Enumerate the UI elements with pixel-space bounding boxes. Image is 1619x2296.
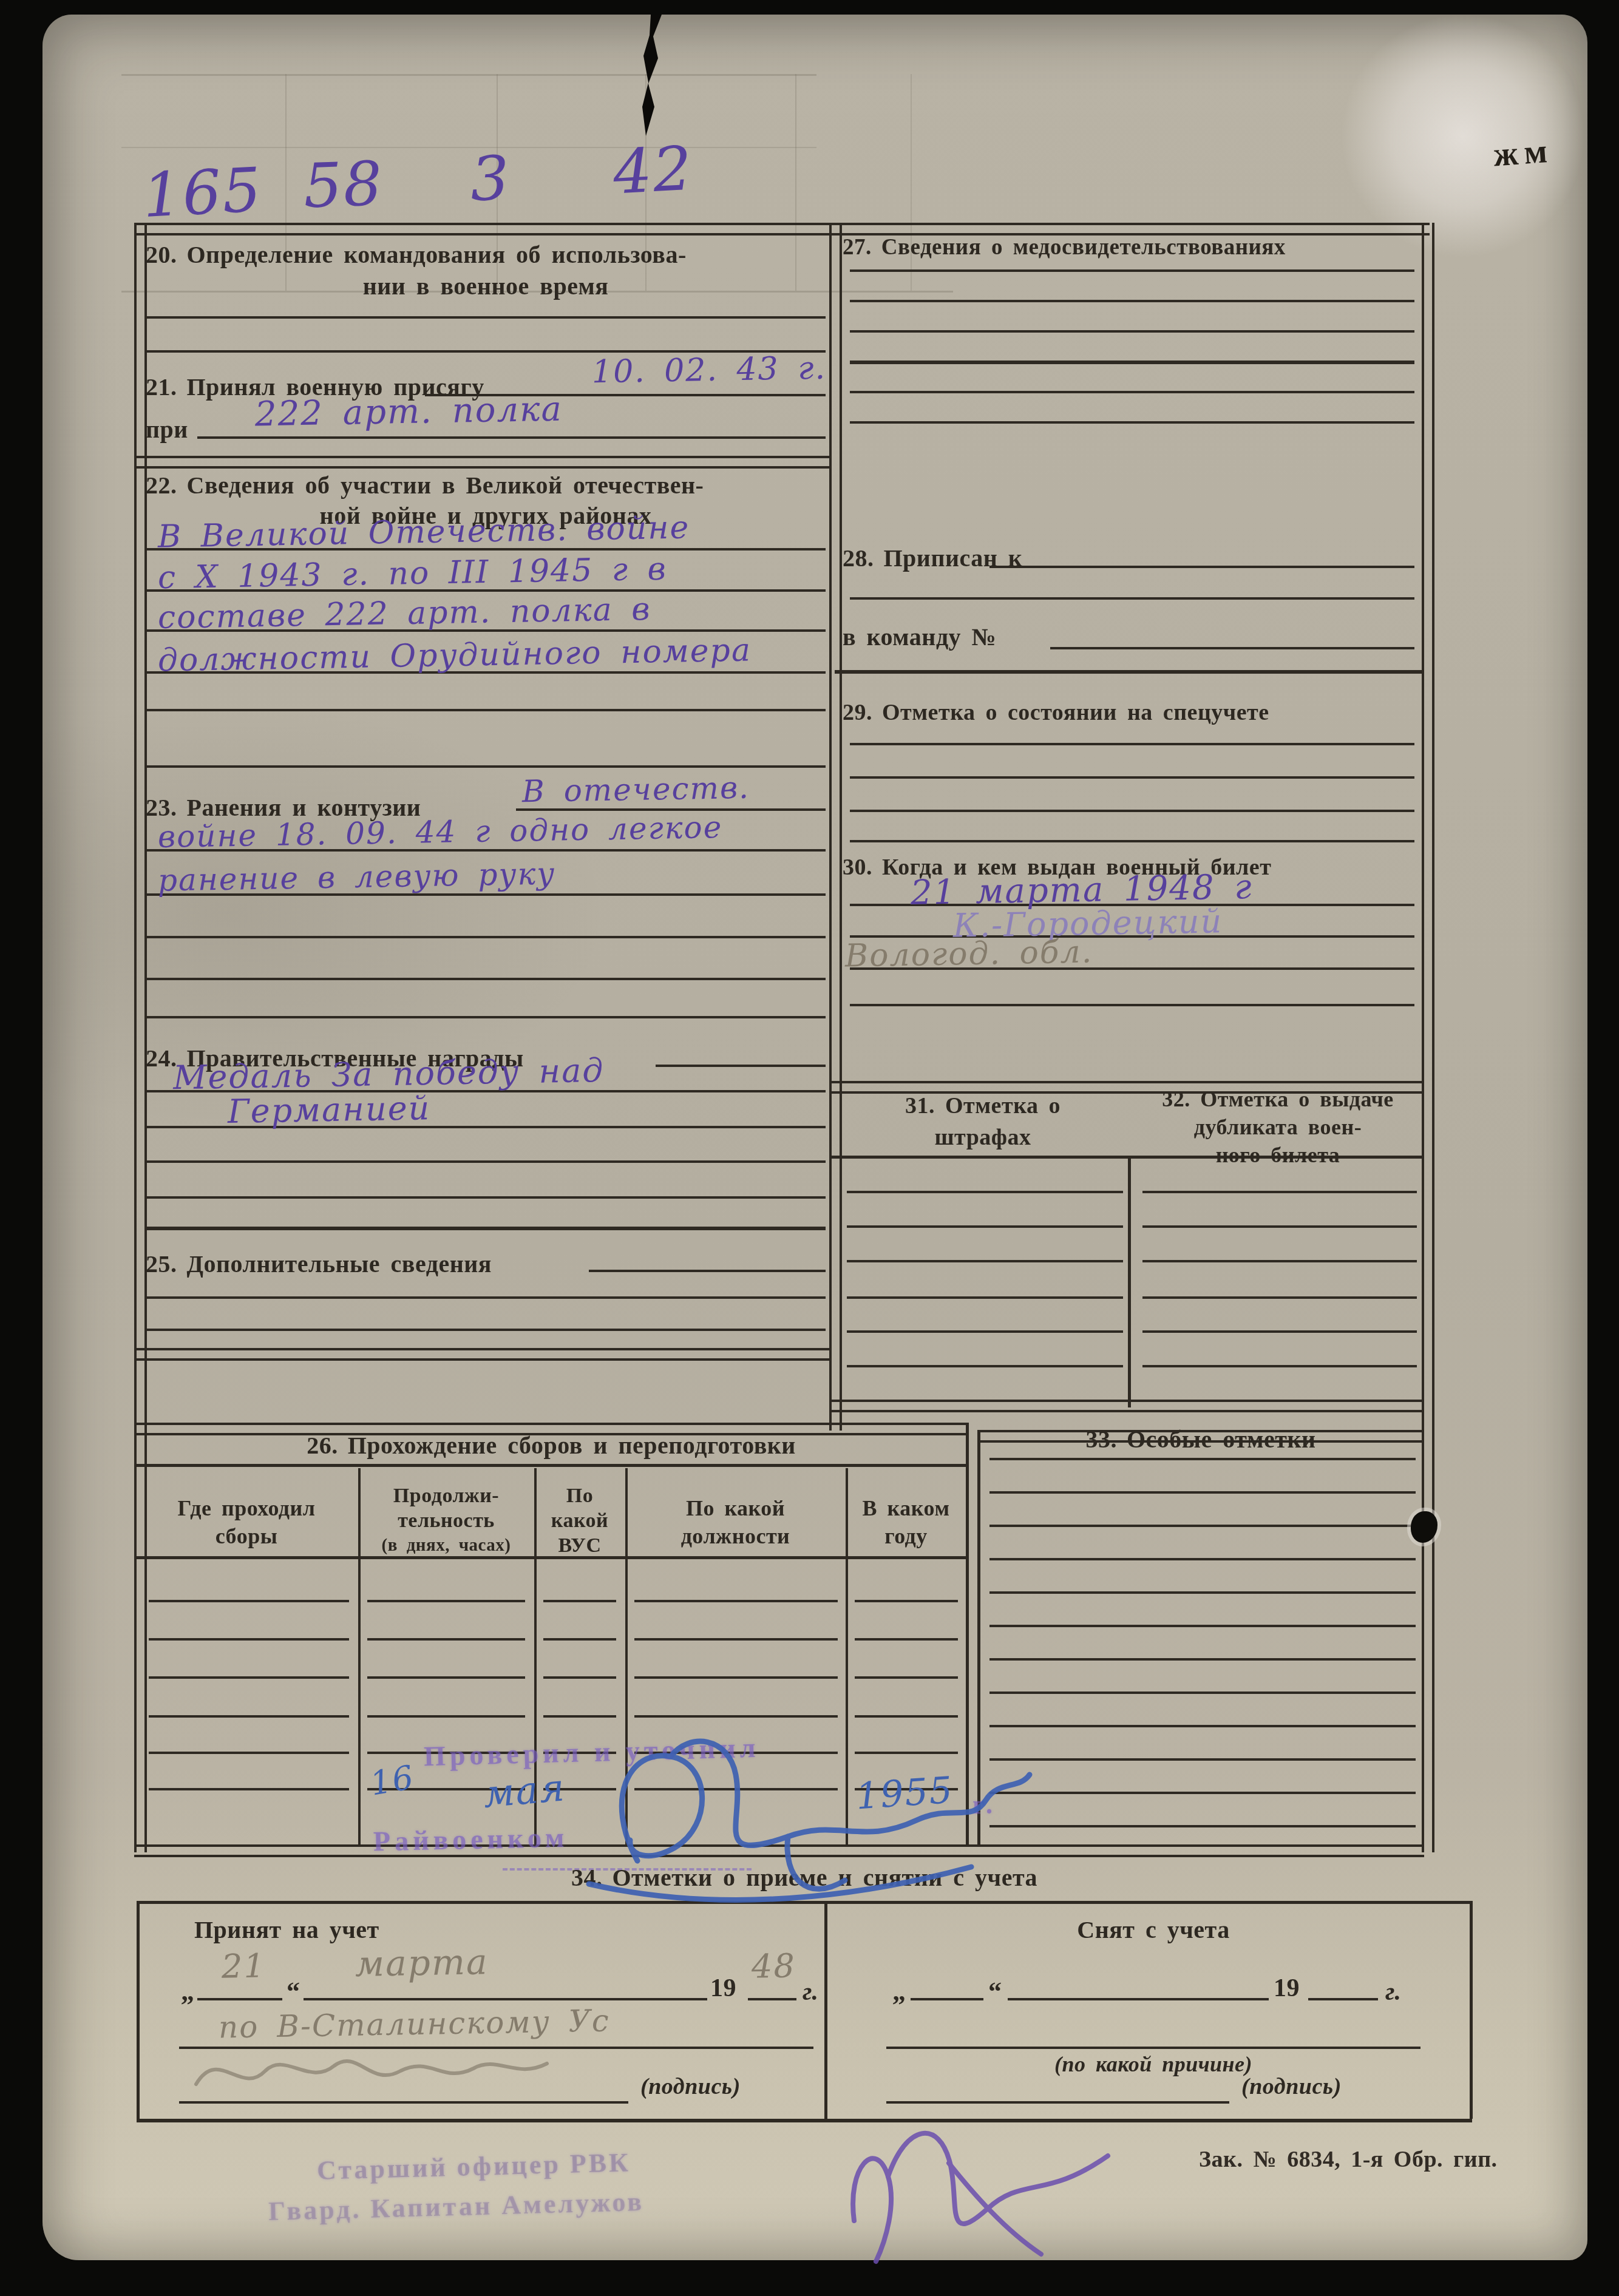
ruled-line: [748, 1998, 796, 2000]
ruled-line: [543, 1676, 616, 1679]
rvk-stamp: Райвоенком: [373, 1821, 568, 1858]
print-note: Зак. № 6834, 1-я Обр. гип.: [1199, 2146, 1498, 2173]
ruled-line: [850, 300, 1414, 302]
section-26-title: 26.Прохождение сборов и переподготовки: [137, 1431, 966, 1460]
year-prefix: 19: [1274, 1974, 1300, 2003]
edge-partial-marks: жм: [1492, 132, 1555, 175]
ruled-line: [146, 1016, 826, 1018]
ruled-line: [855, 1600, 958, 1602]
ruled-line: [146, 1160, 826, 1163]
double-vertical-rule: [1422, 223, 1434, 1852]
ruled-line: [1142, 1225, 1417, 1228]
ruled-line: [146, 1296, 826, 1299]
quote-mark: „: [892, 1976, 906, 2007]
year-suffix: г.: [803, 1977, 818, 2006]
wounds-handwriting: ранение в левую руку: [158, 856, 556, 898]
section-29-title: 29.Отметка о состоянии на спецучете: [843, 699, 1269, 726]
ruled-line: [634, 1676, 838, 1679]
ruled-line: [850, 330, 1414, 333]
document-card: жм 165 58 3 42 20.Определение командован…: [42, 15, 1587, 2260]
quote-mark: “: [988, 1976, 1002, 2007]
ruled-line: [146, 709, 826, 711]
ruled-line: [855, 1638, 958, 1641]
pencil-grid-line: [121, 74, 816, 76]
ruled-line: [146, 1329, 826, 1331]
ruled-line: [1008, 1998, 1269, 2000]
vertical-rule: [137, 1901, 140, 2119]
ruled-line: [1142, 1296, 1417, 1299]
col-header-vus: ПокакойВУС: [539, 1483, 620, 1558]
section-28-label: 28.Приписан к: [843, 544, 1022, 572]
ruled-line: [137, 1464, 966, 1467]
registry-number: 165: [141, 154, 264, 231]
ruled-line: [1142, 1365, 1417, 1367]
ruled-line: [543, 1638, 616, 1641]
paper-tear: [613, 15, 686, 142]
ruled-line: [850, 810, 1414, 812]
ruled-line: [989, 1658, 1416, 1661]
ruled-line: [634, 1715, 838, 1718]
section-25-label: 25.Дополнительные сведения: [146, 1250, 492, 1278]
ruled-line: [847, 1260, 1123, 1262]
ruled-line: [847, 1225, 1123, 1228]
officer-stamp-line1: Старший офицер РВК: [316, 2147, 631, 2186]
ruled-line: [656, 1065, 826, 1067]
accepted-day-handwriting: 21: [221, 1946, 266, 1985]
double-rule: [134, 223, 1430, 235]
ruled-line: [855, 1715, 958, 1718]
registry-number: 58: [302, 148, 384, 222]
ruled-line: [149, 1600, 349, 1602]
section-33-title: 33.Особые отметки: [977, 1425, 1424, 1454]
ruled-line: [989, 1825, 1416, 1827]
col-header-year: В какомгоду: [850, 1494, 962, 1550]
ruled-line: [543, 1715, 616, 1718]
ruled-line: [850, 269, 1414, 272]
accepted-label: Принят на учет: [194, 1915, 379, 1944]
quote-mark: „: [181, 1976, 195, 2007]
ruled-line: [146, 316, 826, 319]
double-rule: [137, 1348, 832, 1361]
section-20-title-line2: нии в военное время: [146, 272, 826, 300]
ruled-line: [989, 1525, 1416, 1527]
ruled-line: [1308, 1998, 1378, 2000]
col-header-duration: Продолжи-тельность (в днях, часах): [363, 1483, 529, 1558]
ruled-line: [146, 978, 826, 980]
registry-number: 3: [469, 143, 512, 215]
ruled-line: [855, 1676, 958, 1679]
scan-background: жм 165 58 3 42 20.Определение командован…: [0, 0, 1619, 2296]
ruled-line: [367, 1638, 525, 1641]
ruled-line: [634, 1600, 838, 1602]
accepted-year-handwriting: 48: [751, 1946, 796, 1985]
ruled-line: [1142, 1260, 1417, 1262]
ruled-line: [367, 1676, 525, 1679]
ruled-line: [911, 1998, 983, 2000]
ruled-line: [989, 1758, 1416, 1761]
section-31-header: 31. Отметка оштрафах: [838, 1090, 1128, 1153]
ruled-line: [989, 1491, 1416, 1494]
ruled-line: [197, 1998, 282, 2000]
ruled-line: [543, 1600, 616, 1602]
ruled-line: [835, 670, 1422, 674]
ruled-line: [149, 1788, 349, 1790]
ruled-line: [989, 566, 1414, 568]
ruled-line: [197, 436, 826, 439]
signature-pencil: [185, 2028, 562, 2107]
ruled-line: [850, 1004, 1414, 1006]
ruled-line: [367, 1600, 525, 1602]
double-rule: [137, 456, 832, 469]
verified-day-handwriting: 16: [367, 1758, 418, 1803]
ruled-line: [146, 1227, 826, 1230]
ruled-line: [847, 1296, 1123, 1299]
ruled-line: [850, 361, 1414, 364]
ruled-line: [146, 765, 826, 768]
wounds-handwriting: В отечеств.: [522, 770, 750, 810]
section-32-header: 32. Отметка о выдачедубликата воен-ного …: [1136, 1085, 1419, 1169]
accepted-month-handwriting: марта: [355, 1941, 489, 1985]
col-header-location: Где проходилсборы: [140, 1494, 353, 1550]
col-header-position: По какойдолжности: [630, 1494, 841, 1550]
removed-label: Снят с учета: [886, 1915, 1420, 1944]
registry-number: 42: [611, 133, 694, 208]
ruled-line: [989, 1725, 1416, 1727]
section-28-label2: в команду №: [843, 623, 996, 651]
section-22-title: 22.Сведения об участии в Великой отечест…: [146, 471, 826, 499]
ruled-line: [146, 1196, 826, 1199]
ruled-line: [989, 1458, 1416, 1460]
signature-caption: (подпись): [1241, 2073, 1342, 2100]
vertical-rule: [1128, 1156, 1131, 1407]
ruled-line: [989, 1692, 1416, 1694]
ruled-line: [589, 1270, 826, 1272]
vertical-rule: [358, 1468, 361, 1844]
ruled-line: [989, 1792, 1416, 1794]
ruled-line: [149, 1752, 349, 1754]
ruled-line: [137, 2119, 1472, 2122]
ruled-line: [847, 1330, 1123, 1333]
ruled-line: [367, 1715, 525, 1718]
ruled-line: [850, 421, 1414, 424]
ruled-line: [1142, 1191, 1417, 1193]
ruled-line: [149, 1715, 349, 1718]
awards-handwriting: Германией: [227, 1089, 430, 1131]
ruled-line: [886, 2047, 1420, 2049]
signature-purple-ink: [823, 2102, 1138, 2278]
ruled-line: [149, 1676, 349, 1679]
section-20-title: 20.Определение командования об использов…: [146, 240, 826, 269]
year-suffix: г.: [1385, 1977, 1401, 2006]
section-number: 20.: [146, 241, 177, 268]
ruled-line: [1050, 647, 1414, 649]
ruled-line: [850, 840, 1414, 842]
ruled-line: [847, 1191, 1123, 1193]
ruled-line: [989, 1625, 1416, 1627]
double-vertical-rule: [134, 223, 147, 1852]
ruled-line: [634, 1638, 838, 1641]
year-prefix: 19: [710, 1974, 736, 2003]
ruled-line: [847, 1365, 1123, 1367]
ruled-line: [989, 1591, 1416, 1594]
section-27-title: 27.Сведения о медосвидетельствованиях: [843, 234, 1286, 260]
vertical-rule: [824, 1901, 827, 2119]
oath-unit-handwriting: 222 арт. полка: [254, 390, 563, 435]
ruled-line: [304, 1998, 707, 2000]
ruled-line: [850, 743, 1414, 745]
section-21-prefix: при: [146, 415, 188, 444]
ticket-region-handwriting: Вологод. обл.: [845, 933, 1093, 974]
ruled-line: [989, 1558, 1416, 1560]
signature-caption: (подпись): [640, 2073, 741, 2100]
vertical-rule: [1470, 1901, 1473, 2119]
ruled-line: [149, 1638, 349, 1641]
officer-stamp-line2: Гвард. Капитан Амелужов: [268, 2186, 644, 2227]
ruled-line: [1142, 1330, 1417, 1333]
double-rule: [829, 1400, 1424, 1412]
quote-mark: “: [287, 1976, 300, 2007]
oath-date-handwriting: 10. 02. 43 г.: [592, 350, 827, 391]
ruled-line: [850, 391, 1414, 393]
ruled-line: [850, 597, 1414, 600]
double-vertical-rule: [829, 223, 842, 1431]
signature-blue-ink: [546, 1721, 1044, 1915]
ruled-line: [850, 776, 1414, 779]
ruled-line: [146, 936, 826, 938]
